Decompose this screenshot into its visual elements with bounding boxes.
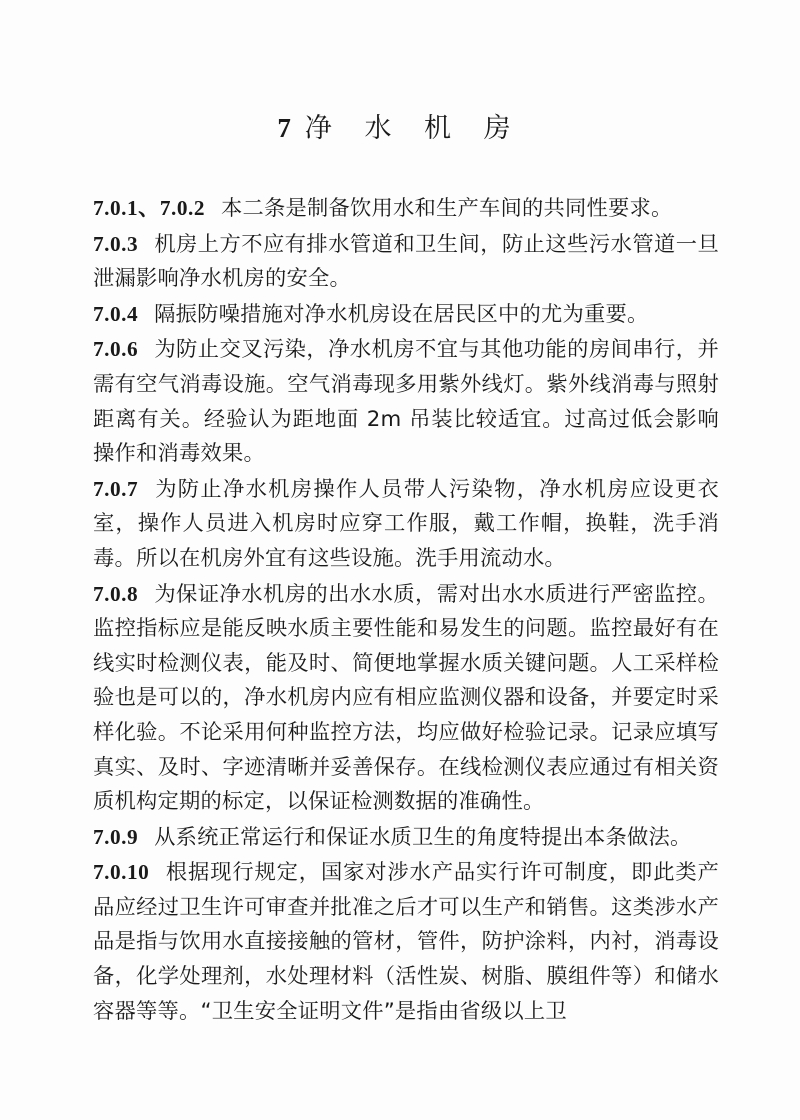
clause-number: 7.0.4 <box>93 302 138 326</box>
clause-7-0-7: 7.0.7为防止净水机房操作人员带人污染物，净水机房应设更衣室，操作人员进入机房… <box>93 472 719 577</box>
clause-number: 7.0.6 <box>93 337 138 361</box>
clause-7-0-10: 7.0.10根据现行规定，国家对涉水产品实行许可制度，即此类产品应经过卫生许可审… <box>93 855 719 1029</box>
clause-text: 根据现行规定，国家对涉水产品实行许可制度，即此类产品应经过卫生许可审查并批准之后… <box>93 860 719 1023</box>
clause-7-0-9: 7.0.9从系统正常运行和保证水质卫生的角度特提出本条做法。 <box>93 820 719 856</box>
clause-7-0-1: 7.0.1、7.0.2本二条是制备饮用水和生产车间的共同性要求。 <box>93 191 719 227</box>
clause-text: 为防止交叉污染，净水机房不宜与其他功能的房间串行，并需有空气消毒设施。空气消毒现… <box>93 337 719 466</box>
clause-text: 为防止净水机房操作人员带人污染物，净水机房应设更衣室，操作人员进入机房时应穿工作… <box>93 477 719 571</box>
document-body: 7.0.1、7.0.2本二条是制备饮用水和生产车间的共同性要求。 7.0.3机房… <box>93 191 719 1029</box>
chapter-number: 7 <box>277 113 291 143</box>
clause-text: 本二条是制备饮用水和生产车间的共同性要求。 <box>221 196 672 221</box>
clause-number: 7.0.8 <box>93 582 138 606</box>
clause-text: 机房上方不应有排水管道和卫生间，防止这些污水管道一旦泄漏影响净水机房的安全。 <box>93 232 719 292</box>
clause-number: 7.0.10 <box>93 860 149 884</box>
chapter-title: 7净 水 机 房 <box>0 106 800 145</box>
clause-text: 隔振防噪措施对净水机房设在居民区中的尤为重要。 <box>154 302 648 327</box>
clause-text: 为保证净水机房的出水水质，需对出水水质进行严密监控。监控指标应是能反映水质主要性… <box>93 582 719 815</box>
clause-number: 7.0.3 <box>93 232 138 256</box>
chapter-name: 净 水 机 房 <box>305 113 523 144</box>
clause-7-0-3: 7.0.3机房上方不应有排水管道和卫生间，防止这些污水管道一旦泄漏影响净水机房的… <box>93 227 719 297</box>
clause-number: 7.0.1、7.0.2 <box>93 196 205 220</box>
clause-number: 7.0.9 <box>93 825 138 849</box>
clause-text: 从系统正常运行和保证水质卫生的角度特提出本条做法。 <box>154 825 691 850</box>
clause-7-0-4: 7.0.4隔振防噪措施对净水机房设在居民区中的尤为重要。 <box>93 297 719 333</box>
clause-7-0-6: 7.0.6为防止交叉污染，净水机房不宜与其他功能的房间串行，并需有空气消毒设施。… <box>93 332 719 471</box>
clause-7-0-8: 7.0.8为保证净水机房的出水水质，需对出水水质进行严密监控。监控指标应是能反映… <box>93 577 719 820</box>
clause-number: 7.0.7 <box>93 477 138 501</box>
